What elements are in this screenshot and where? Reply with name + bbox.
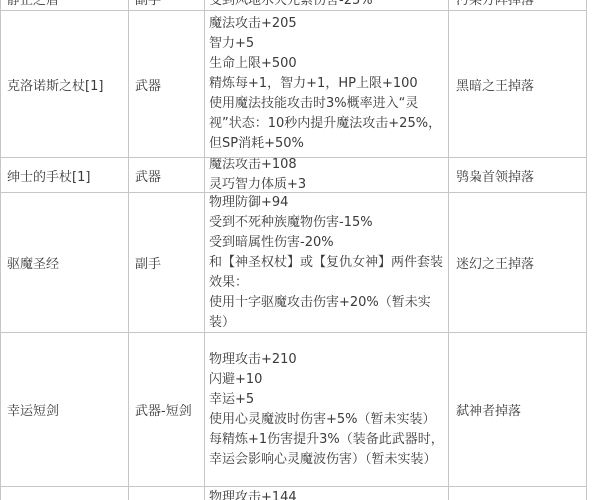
- drop-source-cell: 迷幻之王掉落: [449, 193, 587, 332]
- drop-source: 迷幻之王掉落: [456, 253, 534, 272]
- item-name: 驱魔圣经: [7, 253, 59, 272]
- item-type: 武器: [135, 166, 161, 185]
- item-type: 副手: [135, 0, 161, 10]
- drop-source: 弑神者掉落: [456, 400, 521, 419]
- item-table: 静止之盾 副手 受到风地水火元素伤害-25% 污染方阵掉落 克洛诺斯之杖[1] …: [0, 0, 587, 500]
- table-row: 绅士的手杖[1] 武器 魔法攻击+108灵巧智力体质+3 鸮枭首领掉落: [1, 158, 587, 193]
- drop-source-cell: 污染方阵掉落: [449, 0, 587, 10]
- table-row: 幸运短剑 武器-短剑 物理攻击+210闪避+10幸运+5使用心灵魔波时伤害+5%…: [1, 333, 587, 487]
- effect-line: 物理攻击+144: [209, 488, 446, 500]
- item-name: 绅士的手杖[1]: [7, 166, 90, 185]
- effect-line: 生命上限+500: [209, 54, 446, 74]
- effect-line: 受到不死种族魔物伤害-15%: [209, 213, 446, 233]
- wiki-item-table-page: { "table": { "border_color": "#c6c6c6", …: [0, 0, 600, 500]
- item-type-cell: 武器: [129, 158, 205, 192]
- drop-source-cell: 弑神者掉落: [449, 333, 587, 486]
- item-name-cell: 静止之盾: [1, 0, 129, 10]
- item-name: 幸运短剑: [7, 400, 59, 419]
- drop-source-cell: [449, 487, 587, 500]
- effect-line: 和【神圣权杖】或【复仇女神】两件套装效果：: [209, 253, 446, 293]
- drop-source-cell: 鸮枭首领掉落: [449, 158, 587, 192]
- item-effects-cell: 物理攻击+144: [205, 487, 449, 500]
- effect-line: 闪避+10: [209, 370, 446, 390]
- item-type-cell: [129, 487, 205, 500]
- item-name-cell: 幸运短剑: [1, 333, 129, 486]
- effect-line: 魔法攻击+108: [209, 158, 446, 175]
- effect-line: 每精炼+1伤害提升3%（装备此武器时，幸运会影响心灵魔波伤害）（暂未实装）: [209, 430, 446, 470]
- drop-source: 鸮枭首领掉落: [456, 166, 534, 185]
- effect-line: 使用十字驱魔攻击伤害+20%（暂未实装）: [209, 293, 446, 333]
- item-effects-cell: 魔法攻击+108灵巧智力体质+3: [205, 158, 449, 192]
- table-row: 克洛诺斯之杖[1] 武器 魔法攻击+205智力+5生命上限+500精炼每+1，智…: [1, 11, 587, 158]
- item-type-cell: 武器: [129, 11, 205, 157]
- effect-line: 精炼每+1，智力+1，HP上限+100: [209, 74, 446, 94]
- item-effects-cell: 魔法攻击+205智力+5生命上限+500精炼每+1，智力+1，HP上限+100使…: [205, 11, 449, 157]
- effect-line: 受到暗属性伤害-20%: [209, 233, 446, 253]
- item-name: 克洛诺斯之杖[1]: [7, 75, 103, 94]
- item-type: 武器: [135, 75, 161, 94]
- drop-source: 黑暗之王掉落: [456, 75, 534, 94]
- item-type-cell: 副手: [129, 193, 205, 332]
- drop-source-cell: 黑暗之王掉落: [449, 11, 587, 157]
- effect-line: 使用心灵魔波时伤害+5%（暂未实装）: [209, 410, 446, 430]
- item-effects-cell: 物理防御+94受到不死种族魔物伤害-15%受到暗属性伤害-20%和【神圣权杖】或…: [205, 193, 449, 332]
- item-type: 武器-短剑: [135, 400, 192, 419]
- effect-line: 灵巧智力体质+3: [209, 175, 446, 192]
- item-type-cell: 武器-短剑: [129, 333, 205, 486]
- table-row: 物理攻击+144: [1, 487, 587, 500]
- effect-line: 智力+5: [209, 34, 446, 54]
- table-row: 驱魔圣经 副手 物理防御+94受到不死种族魔物伤害-15%受到暗属性伤害-20%…: [1, 193, 587, 333]
- item-type-cell: 副手: [129, 0, 205, 10]
- item-name-cell: 克洛诺斯之杖[1]: [1, 11, 129, 157]
- item-name: 静止之盾: [7, 0, 59, 10]
- effect-line: 物理防御+94: [209, 193, 446, 213]
- effect-line: 受到风地水火元素伤害-25%: [209, 0, 446, 10]
- effect-line: 使用魔法技能攻击时3%概率进入“灵视”状态：10秒内提升魔法攻击+25%，但SP…: [209, 94, 446, 154]
- item-type: 副手: [135, 253, 161, 272]
- table-row: 静止之盾 副手 受到风地水火元素伤害-25% 污染方阵掉落: [1, 0, 587, 11]
- item-name-cell: 绅士的手杖[1]: [1, 158, 129, 192]
- item-name-cell: 驱魔圣经: [1, 193, 129, 332]
- item-effects-cell: 物理攻击+210闪避+10幸运+5使用心灵魔波时伤害+5%（暂未实装）每精炼+1…: [205, 333, 449, 486]
- drop-source: 污染方阵掉落: [456, 0, 534, 10]
- item-effects-cell: 受到风地水火元素伤害-25%: [205, 0, 449, 10]
- effect-line: 魔法攻击+205: [209, 14, 446, 34]
- item-name-cell: [1, 487, 129, 500]
- effect-line: 幸运+5: [209, 390, 446, 410]
- effect-line: 物理攻击+210: [209, 350, 446, 370]
